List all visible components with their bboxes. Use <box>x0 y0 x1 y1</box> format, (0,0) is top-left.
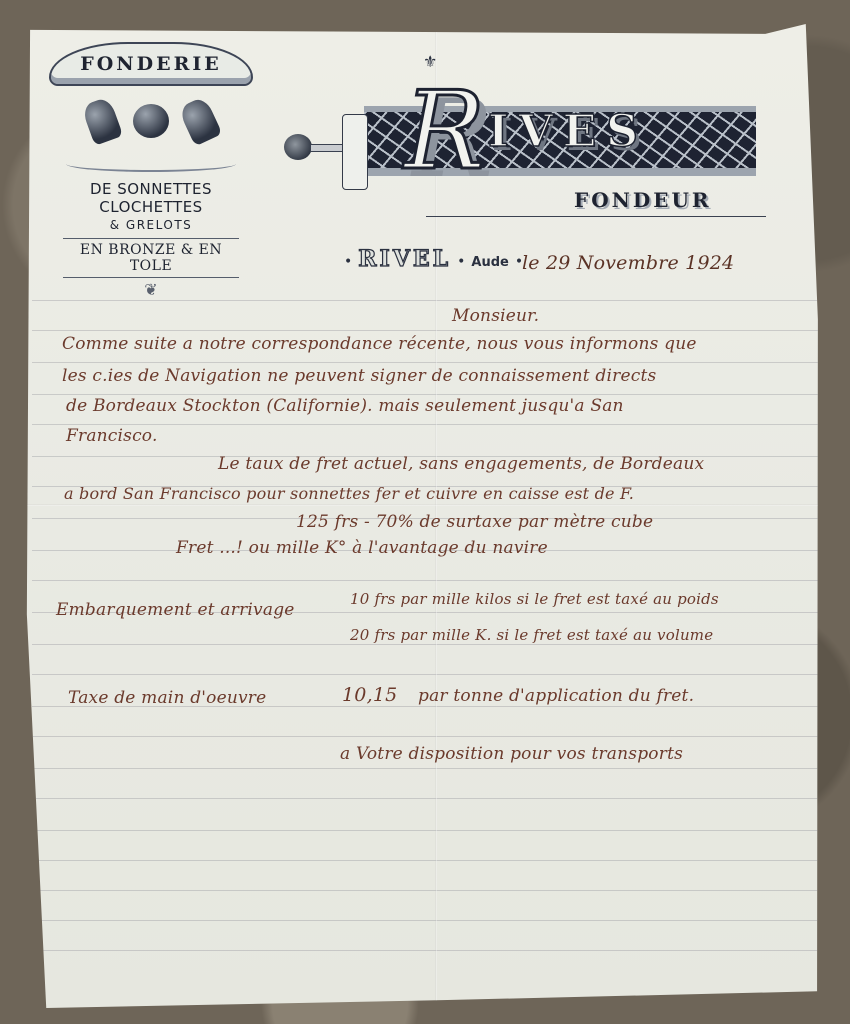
paragraph1-line: Comme suite a notre correspondance récen… <box>62 334 697 354</box>
ruled-line <box>32 830 824 831</box>
taxe-text: par tonne d'application du fret. <box>418 686 694 706</box>
ruled-line <box>32 300 824 301</box>
ruled-line <box>32 736 824 737</box>
paragraph2-line: Fret ...! ou mille K° à l'avantage du na… <box>176 538 548 558</box>
place-department: Aude <box>471 255 508 270</box>
letter-date: le 29 Novembre 1924 <box>522 252 734 274</box>
paragraph2-line: Le taux de fret actuel, sans engagements… <box>218 454 704 474</box>
ruled-line <box>32 890 824 891</box>
name-rest: IVES <box>488 106 648 157</box>
hand-bell-icon <box>178 96 223 147</box>
bells-illustration <box>36 92 266 150</box>
embarquement-label: Embarquement et arrivage <box>56 600 295 620</box>
ruled-line <box>32 362 824 363</box>
ruled-line <box>32 860 824 861</box>
paragraph2-line: 125 frs - 70% de surtaxe par mètre cube <box>296 512 653 532</box>
paragraph1-line: les c.ies de Navigation ne peuvent signe… <box>62 366 656 386</box>
ruled-line <box>32 674 824 675</box>
scroll-rod <box>310 144 346 152</box>
ruled-line <box>32 580 824 581</box>
underline-flourish <box>426 216 766 217</box>
ruled-line <box>32 424 824 425</box>
paragraph1-line: Francisco. <box>66 426 158 446</box>
embarquement-rate-weight: 10 frs par mille kilos si le fret est ta… <box>350 590 719 608</box>
taxe-value: 10,15 <box>342 684 397 706</box>
paragraph1-line: de Bordeaux Stockton (Californie). mais … <box>66 396 624 416</box>
scroll-knob-icon <box>284 134 312 160</box>
ruled-line <box>32 950 824 951</box>
ruled-line <box>32 644 824 645</box>
products-line-2: & GRELOTS <box>36 218 266 232</box>
ruled-line <box>32 798 824 799</box>
ruled-line <box>32 394 824 395</box>
embarquement-rate-volume: 20 frs par mille K. si le fret est taxé … <box>350 626 713 644</box>
letterhead-foundry-emblem: FONDERIE DE SONNETTES CLOCHETTES & GRELO… <box>36 42 266 299</box>
letterhead-place: • RIVEL • Aude • <box>344 246 523 272</box>
paragraph2-line: a bord San Francisco pour sonnettes fer … <box>64 484 634 503</box>
dot-separator: • <box>344 254 352 270</box>
materials-ribbon: EN BRONZE & EN TOLE <box>63 238 239 278</box>
ruled-line <box>32 330 824 331</box>
salutation: Monsieur. <box>452 306 539 326</box>
horizontal-fold-crease <box>22 504 830 506</box>
round-grelot-bell-icon <box>133 104 169 138</box>
letterhead-name-block: ⚜ R IVES FONDEUR <box>270 70 770 240</box>
cow-bell-icon <box>81 96 124 146</box>
scroll-end-cap <box>342 114 368 190</box>
ruled-line <box>32 920 824 921</box>
scroll-ornament <box>66 156 236 172</box>
name-initial: R <box>404 78 485 186</box>
trade-title: FONDEUR <box>574 188 712 212</box>
products-line: DE SONNETTES CLOCHETTES <box>36 180 266 216</box>
foundry-banner: FONDERIE <box>49 42 253 86</box>
flourish-ornament-icon: ❦ <box>36 280 266 299</box>
place-town: RIVEL <box>358 246 451 272</box>
ruled-line <box>32 768 824 769</box>
dot-separator: • <box>457 254 465 270</box>
taxe-label: Taxe de main d'oeuvre <box>68 688 266 708</box>
closing-line: a Votre disposition pour vos transports <box>340 744 683 764</box>
